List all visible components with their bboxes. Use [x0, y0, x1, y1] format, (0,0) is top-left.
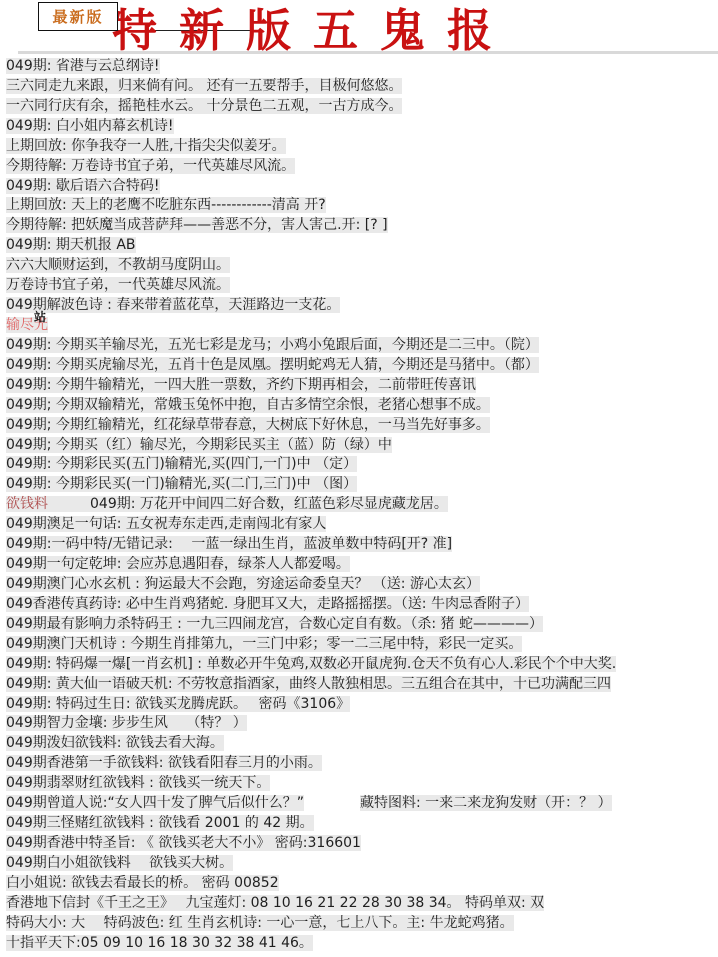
text-segment: 049期香港中特圣旨: 《 欲钱买老大不小》 密码:316601: [6, 835, 361, 851]
tema-shengri-line: 049期: 特码过生日: 欲钱买龙腾虎跃。 密码《3106》: [0, 695, 718, 715]
shujinguang-line: 049期; 今期买（红）输尽光，今期彩民买主（蓝）防（绿）中: [0, 436, 718, 456]
text-segment: 万卷诗书宜子弟，一代英雄尽风流。: [6, 277, 230, 293]
text-segment: 049期翡翠财红欲钱料 : 欲钱买一统天下。: [6, 775, 270, 791]
last-issue-replay: 上期回放: 你争我夺一人胜,十指尖尖似姜牙。: [0, 137, 718, 157]
text-segment: 049香港传真药诗: 必中生肖鸡猪蛇. 身肥耳又大，走路摇摇摆。（送: 牛肉忌香…: [6, 596, 529, 612]
text-segment: 049期: 黄大仙一语破天机: 不劳牧意指酒家，曲终人散独相思。三五组合在其中，…: [6, 676, 611, 692]
text-segment: 049期解波色诗 : 春来带着蓝花草，天涯路边一支花。: [6, 297, 340, 313]
shujinguang-line: 049期: 今期买虎输尽光，五肖十色是凤凰。摆明蛇鸡无人猜，今期还是马猪中。（都…: [0, 356, 718, 376]
zhili-line: 049期智力金壤: 步步生风 （特？ ）: [0, 714, 718, 734]
text-segment: 049期香港第一手欲钱料: 欲钱看阳春三月的小雨。: [6, 755, 322, 771]
text-segment: 049期: 期天机报 AB: [6, 237, 136, 253]
text-segment: 049期: 今期买羊输尽光，五光七彩是龙马；小鸡小兔跟后面，今期还是二三中。（院…: [6, 337, 539, 353]
text-segment: 049期: 今期彩民买(一门)输精光,买(二门,三门)中 （图）: [6, 476, 357, 492]
text-segment: 049期: 白小姐内幕玄机诗!: [6, 118, 174, 134]
text-segment: 049期; 今期买（红）输尽光，今期彩民买主（蓝）防（绿）中: [6, 437, 392, 453]
text-segment: 049期: 今期买虎输尽光，五肖十色是凤凰。摆明蛇鸡无人猜，今期还是马猪中。（都…: [6, 357, 539, 373]
shujinguang-line: 049期; 今期红输精光，红花绿草带春意，大树底下好休息，一马当先好事多。: [0, 416, 718, 436]
text-segment: [304, 795, 360, 811]
issue-header-zongang-poem: 049期: 省港与云总纲诗!: [0, 57, 718, 77]
text-segment: 特码大小: 大 特码波色: 红 生肖玄机诗: 一心一意，七上八下。主: 牛龙蛇鸡…: [6, 915, 514, 931]
poem-line: 六六大顺财运到，不教胡马度阴山。: [0, 256, 718, 276]
sha-tema-line: 049期最有影响力杀特码王 : 一九三四闹龙宫，合数心定自有数。（杀: 猪 蛇—…: [0, 615, 718, 635]
text-segment: 049期; 今期双输精光，常娥玉兔怀中抱，自古多情空余恨，老猪心想事不成。: [6, 397, 490, 413]
tema-bao-line: 049期: 特码爆一爆[一肖玄机] : 单数必开牛兔鸡,双数必开鼠虎狗.仓天不负…: [0, 655, 718, 675]
text-segment: 049期澳门心水玄机 : 狗运最大不会跑，穷途运命委皇天？ （送: 游心太玄）: [6, 576, 480, 592]
xianggang-chuanzhen-line: 049香港传真药诗: 必中生肖鸡猪蛇. 身肥耳又大，走路摇摇摆。（送: 牛肉忌香…: [0, 595, 718, 615]
text-segment: 049期白小姐欲钱料 欲钱买大树。: [6, 855, 233, 871]
latest-edition-badge: 最新版: [38, 2, 118, 31]
title-divider: [18, 51, 718, 54]
baixiaojie-shuo-line: 白小姐说: 欲钱去看最长的桥。 密码 00852: [0, 874, 718, 894]
yiju-qiankun-line: 049期一句定乾坤: 会应苏息遇阳春，绿茶人人都爱喝。: [0, 555, 718, 575]
feicui-yuqian-line: 049期翡翠财红欲钱料 : 欲钱买一统天下。: [0, 774, 718, 794]
watermark-overlay: 站: [34, 308, 46, 328]
zengdaoren-line: 049期曾道人说:“女人四十发了脾气后似什么？” 藏特图料: 一来二来龙狗发财（…: [0, 794, 718, 814]
shujinguang-line: 049期: 今期牛输精光，一四大胜一票数，齐约下期再相会，二前带旺传喜讯: [0, 376, 718, 396]
dixia-xinfeng-line: 香港地下信封《千王之王》 九宝莲灯: 08 10 16 21 22 28 30 …: [0, 894, 718, 914]
this-issue-pending: 今期待解: 万卷诗书宜子弟，一代英雄尽风流。: [0, 157, 718, 177]
text-segment: 049期:一码中特/无错记录: 一蓝一绿出生肖，蓝波单数中特码[开? 准]: [6, 536, 452, 552]
text-segment: 一六同行庆有余，摇艳桂水云。 十分景色二五观，一古方成今。: [6, 98, 402, 114]
shujinguang-line: 049期; 今期双输精光，常娥玉兔怀中抱，自古多情空余恨，老猪心想事不成。: [0, 396, 718, 416]
shujinguang-line: 049期: 今期买羊输尽光，五光七彩是龙马；小鸡小兔跟后面，今期还是二三中。（院…: [0, 336, 718, 356]
sanguai-yuqian-line: 049期三怪赌红欲钱料 : 欲钱看 2001 的 42 期。: [0, 814, 718, 834]
text-segment: 049期: 歇后语六合特码!: [6, 178, 160, 194]
text-segment: 049期三怪赌红欲钱料 : 欲钱看 2001 的 42 期。: [6, 815, 314, 831]
baixiaojie-yuqian-line: 049期白小姐欲钱料 欲钱买大树。: [0, 854, 718, 874]
badge-label: 最新版: [52, 6, 103, 27]
text-segment: 049期: 今期彩民买(五门)输精光,买(四门,一门)中 （定）: [6, 456, 357, 472]
text-segment: 香港地下信封《千王之王》 九宝莲灯: 08 10 16 21 22 28 30 …: [6, 895, 544, 911]
text-segment: 049期曾道人说:“女人四十发了脾气后似什么？”: [6, 795, 304, 811]
text-segment: 白小姐说: 欲钱去看最长的桥。 密码 00852: [6, 875, 279, 891]
text-segment: 欲钱料: [6, 496, 48, 512]
issue-header-tianjibao: 049期: 期天机报 AB: [0, 236, 718, 256]
poem-line: 一六同行庆有余，摇艳桂水云。 十分景色二五观，一古方成今。: [0, 97, 718, 117]
aozu-line: 049期澳足一句话: 五女祝寿东走西,走南闯北有家人: [0, 515, 718, 535]
issue-header-baixiaojie-poem: 049期: 白小姐内幕玄机诗!: [0, 117, 718, 137]
text-segment: 049期; 今期红输精光，红花绿草带春意，大树底下好休息，一马当先好事多。: [6, 417, 490, 433]
issue-header-xiehouyu: 049期: 歇后语六合特码!: [0, 177, 718, 197]
header: 最新版 特新版五鬼报: [0, 0, 718, 57]
text-segment: 十指平天下:05 09 10 16 18 30 32 38 41 46。: [6, 935, 313, 951]
text-segment: 今期待解: 把妖魔当成菩萨拜——善恶不分，害人害己.开: [? ]: [6, 217, 388, 233]
text-segment: 049期: 今期牛输精光，一四大胜一票数，齐约下期再相会，二前带旺传喜讯: [6, 377, 476, 393]
aomen-xinshui-line: 049期澳门心水玄机 : 狗运最大不会跑，穷途运命委皇天？ （送: 游心太玄）: [0, 575, 718, 595]
yima-zhongte-line: 049期:一码中特/无错记录: 一蓝一绿出生肖，蓝波单数中特码[开? 准]: [0, 535, 718, 555]
text-segment: 049期: 特码过生日: 欲钱买龙腾虎跃。 密码《3106》: [6, 696, 350, 712]
pofu-yuqian-line: 049期泼妇欲钱料: 欲钱去看大海。: [0, 734, 718, 754]
text-segment: 藏特图料: 一来二来龙狗发财（开：？ ）: [360, 795, 612, 811]
text-segment: 049期智力金壤: 步步生风 （特？ ）: [6, 715, 247, 731]
shujinguang-line: 049期: 今期彩民买(五门)输精光,买(四门,一门)中 （定）: [0, 455, 718, 475]
text-segment: 049期澳足一句话: 五女祝寿东走西,走南闯北有家人: [6, 516, 326, 532]
bose-poem-line: 049期解波色诗 : 春来带着蓝花草，天涯路边一支花。: [0, 296, 718, 316]
text-segment: 今期待解: 万卷诗书宜子弟，一代英雄尽风流。: [6, 158, 295, 174]
shizhi-pingtianxia-line: 十指平天下:05 09 10 16 18 30 32 38 41 46。: [0, 934, 718, 954]
text-segment: 049期: 万花开中间四二好合数，红蓝色彩尽显虎藏龙居。: [48, 496, 448, 512]
shujinguang-line: 049期: 今期彩民买(一门)输精光,买(二门,三门)中 （图）: [0, 475, 718, 495]
text-segment: 049期泼妇欲钱料: 欲钱去看大海。: [6, 735, 224, 751]
text-segment: 上期回放: 天上的老鹰不吃脏东西------------清高 开?: [6, 197, 326, 213]
text-segment: 049期澳门天机诗 : 今期生肖排第九，一三门中彩；零一二三尾中特，彩民一定买。: [6, 636, 522, 652]
poem-line: 万卷诗书宜子弟，一代英雄尽风流。: [0, 276, 718, 296]
content-lines: 049期: 省港与云总纲诗!三六同走九来跟，归来倘有问。 还有一五要帮手，目极何…: [0, 57, 718, 953]
text-segment: 049期一句定乾坤: 会应苏息遇阳春，绿茶人人都爱喝。: [6, 556, 350, 572]
text-segment: 049期最有影响力杀特码王 : 一九三四闹龙宫，合数心定自有数。（杀: 猪 蛇—…: [6, 616, 543, 632]
last-issue-replay: 上期回放: 天上的老鹰不吃脏东西------------清高 开?: [0, 196, 718, 216]
text-segment: 六六大顺财运到，不教胡马度阴山。: [6, 257, 230, 273]
text-segment: 049期: 省港与云总纲诗!: [6, 58, 160, 74]
diyishou-yuqian-line: 049期香港第一手欲钱料: 欲钱看阳春三月的小雨。: [0, 754, 718, 774]
shujinguang-label: 输尽光站: [0, 316, 718, 336]
tema-daxiao-line: 特码大小: 大 特码波色: 红 生肖玄机诗: 一心一意，七上八下。主: 牛龙蛇鸡…: [0, 914, 718, 934]
shengzhi-line: 049期香港中特圣旨: 《 欲钱买老大不小》 密码:316601: [0, 834, 718, 854]
text-segment: 三六同走九来跟，归来倘有问。 还有一五要帮手，目极何悠悠。: [6, 78, 402, 94]
text-segment: 049期: 特码爆一爆[一肖玄机] : 单数必开牛兔鸡,双数必开鼠虎狗.仓天不负…: [6, 656, 616, 672]
page: 最新版 特新版五鬼报 049期: 省港与云总纲诗!三六同走九来跟，归来倘有问。 …: [0, 0, 718, 957]
aomen-tianji-line: 049期澳门天机诗 : 今期生肖排第九，一三门中彩；零一二三尾中特，彩民一定买。: [0, 635, 718, 655]
poem-line: 三六同走九来跟，归来倘有问。 还有一五要帮手，目极何悠悠。: [0, 77, 718, 97]
text-segment: 上期回放: 你争我夺一人胜,十指尖尖似姜牙。: [6, 138, 286, 154]
huangdaxian-line: 049期: 黄大仙一语破天机: 不劳牧意指酒家，曲终人散独相思。三五组合在其中，…: [0, 675, 718, 695]
this-issue-pending: 今期待解: 把妖魔当成菩萨拜——善恶不分，害人害己.开: [? ]: [0, 216, 718, 236]
yuqianliao-line: 欲钱料 049期: 万花开中间四二好合数，红蓝色彩尽显虎藏龙居。: [0, 495, 718, 515]
